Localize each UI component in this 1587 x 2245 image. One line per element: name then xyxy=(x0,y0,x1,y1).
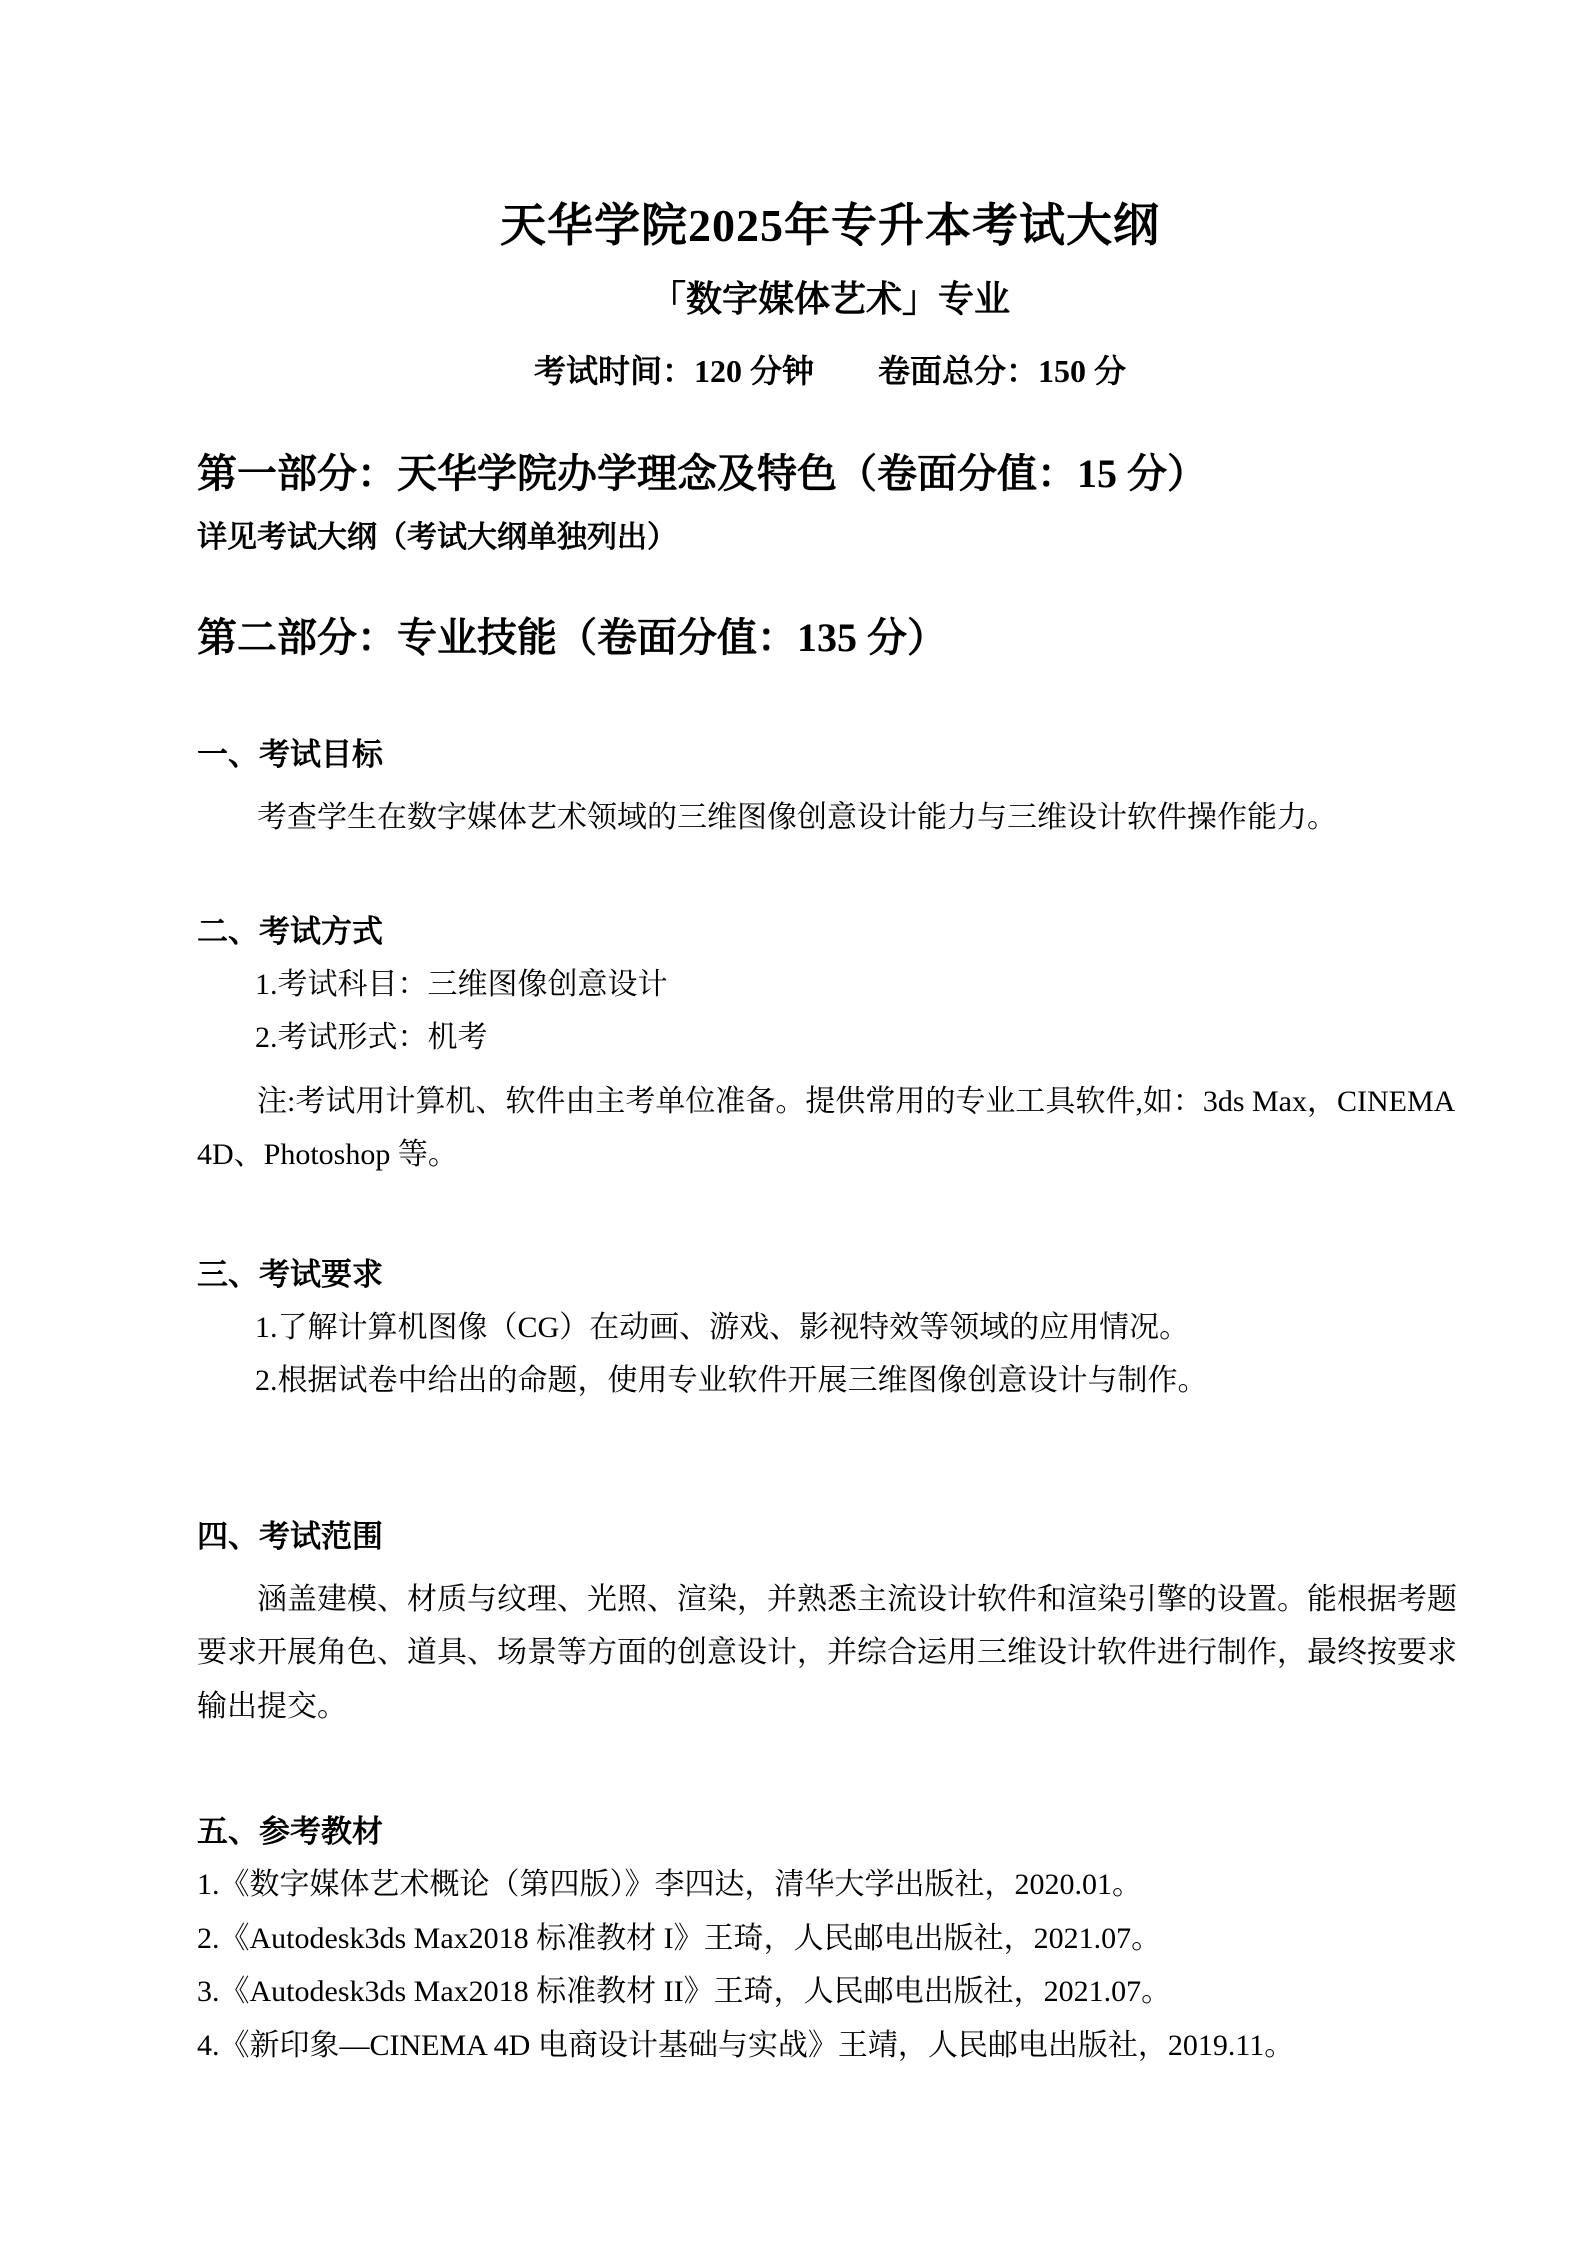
reference-book-item: 1.《数字媒体艺术概论（第四版）》李四达，清华大学出版社，2020.01。 xyxy=(197,1866,1463,1904)
reference-book-item: 4.《新印象—CINEMA 4D 电商设计基础与实战》王靖，人民邮电出版社，20… xyxy=(197,2027,1463,2065)
exam-requirements-item-1: 1.了解计算机图像（CG）在动画、游戏、影视特效等领域的应用情况。 xyxy=(197,1309,1463,1347)
exam-requirements-item-2: 2.根据试卷中给出的命题，使用专业软件开展三维图像创意设计与制作。 xyxy=(197,1362,1463,1400)
exam-scope-heading: 四、考试范围 xyxy=(197,1518,1463,1555)
exam-method-note: 注:考试用计算机、软件由主考单位准备。提供常用的专业工具软件,如：3ds Max… xyxy=(197,1075,1463,1182)
reference-books-heading: 五、参考教材 xyxy=(197,1813,1463,1850)
exam-total-score: 卷面总分：150 分 xyxy=(878,353,1126,389)
exam-method-item-format: 2.考试形式：机考 xyxy=(197,1019,1463,1057)
exam-method-item-subject: 1.考试科目：三维图像创意设计 xyxy=(197,966,1463,1004)
section-exam-scope: 四、考试范围 涵盖建模、材质与纹理、光照、渲染，并熟悉主流设计软件和渲染引擎的设… xyxy=(197,1518,1463,1733)
exam-duration: 考试时间：120 分钟 xyxy=(534,353,814,389)
exam-info-line: 考试时间：120 分钟卷面总分：150 分 xyxy=(197,353,1463,390)
section-reference-books: 五、参考教材 1.《数字媒体艺术概论（第四版）》李四达，清华大学出版社，2020… xyxy=(197,1813,1463,2064)
part2-heading: 第二部分：专业技能（卷面分值：135 分） xyxy=(197,614,1463,662)
document-title: 天华学院2025年专升本考试大纲 xyxy=(197,200,1463,253)
exam-method-heading: 二、考试方式 xyxy=(197,913,1463,950)
exam-goal-body: 考查学生在数字媒体艺术领域的三维图像创意设计能力与三维设计软件操作能力。 xyxy=(197,791,1463,844)
reference-book-item: 2.《Autodesk3ds Max2018 标准教材 I》王琦，人民邮电出版社… xyxy=(197,1920,1463,1958)
part1-heading: 第一部分：天华学院办学理念及特色（卷面分值：15 分） xyxy=(197,450,1463,498)
section-exam-method: 二、考试方式 1.考试科目：三维图像创意设计 2.考试形式：机考 注:考试用计算… xyxy=(197,913,1463,1182)
section-exam-goal: 一、考试目标 考查学生在数字媒体艺术领域的三维图像创意设计能力与三维设计软件操作… xyxy=(197,736,1463,845)
part1-note: 详见考试大纲（考试大纲单独列出） xyxy=(197,520,1463,556)
section-exam-requirements: 三、考试要求 1.了解计算机图像（CG）在动画、游戏、影视特效等领域的应用情况。… xyxy=(197,1256,1463,1400)
reference-book-item: 3.《Autodesk3ds Max2018 标准教材 II》王琦，人民邮电出版… xyxy=(197,1973,1463,2011)
exam-requirements-heading: 三、考试要求 xyxy=(197,1256,1463,1293)
exam-scope-body: 涵盖建模、材质与纹理、光照、渲染，并熟悉主流设计软件和渲染引擎的设置。能根据考题… xyxy=(197,1573,1463,1733)
exam-goal-heading: 一、考试目标 xyxy=(197,736,1463,773)
document-subtitle: 「数字媒体艺术」专业 xyxy=(197,279,1463,320)
document-page: 天华学院2025年专升本考试大纲 「数字媒体艺术」专业 考试时间：120 分钟卷… xyxy=(0,0,1587,2245)
